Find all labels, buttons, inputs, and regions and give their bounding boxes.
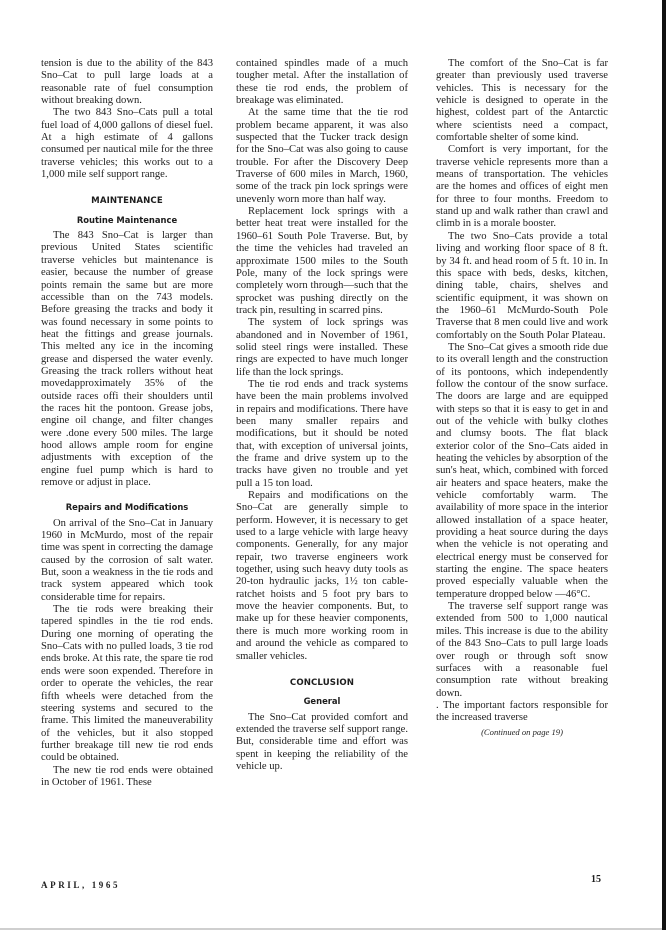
paragraph: The two Sno–Cats provide a total living … [436,231,608,342]
text-column-2: contained spindles made of a much toughe… [236,58,408,773]
paragraph: The new tie rod ends were obtained in Oc… [41,765,213,790]
paragraph: The two 843 Sno–Cats pull a total fuel l… [41,107,213,181]
paragraph: On arrival of the Sno–Cat in January 196… [41,518,213,604]
paragraph: contained spindles made of a much toughe… [236,58,408,107]
text-column-1: tension is due to the ability of the 843… [41,58,213,789]
paragraph: The 843 Sno–Cat is larger than previous … [41,230,213,489]
paragraph: The Sno–Cat gives a smooth ride due to i… [436,342,608,601]
footer-date: APRIL, 1965 [41,880,120,890]
subheading-routine-maintenance: Routine Maintenance [41,214,213,226]
section-heading-conclusion: CONCLUSION [236,677,408,689]
paragraph: The tie rod ends and track systems have … [236,379,408,490]
page-number: 15 [591,874,601,885]
subheading-general: General [236,695,408,707]
continued-note: (Continued on page 19) [436,726,608,738]
paragraph: Replacement lock springs with a better h… [236,206,408,317]
paragraph: The comfort of the Sno–Cat is far greate… [436,58,608,144]
paragraph: tension is due to the ability of the 843… [41,58,213,107]
paragraph: The traverse self support range was exte… [436,601,608,700]
paragraph: The system of lock springs was abandoned… [236,317,408,379]
paragraph: Comfort is very important, for the trave… [436,144,608,230]
text-column-3: The comfort of the Sno–Cat is far greate… [436,58,608,738]
page-edge-shadow [662,0,666,930]
paragraph: Repairs and modifications on the Sno–Cat… [236,490,408,663]
paragraph: The Sno–Cat provided comfort and extende… [236,712,408,774]
paragraph: . The important factors responsible for … [436,700,608,725]
paragraph: At the same time that the tie rod proble… [236,107,408,206]
paragraph: The tie rods were breaking their tapered… [41,604,213,764]
section-heading-maintenance: MAINTENANCE [41,195,213,207]
subheading-repairs-modifications: Repairs and Modifications [41,501,213,513]
